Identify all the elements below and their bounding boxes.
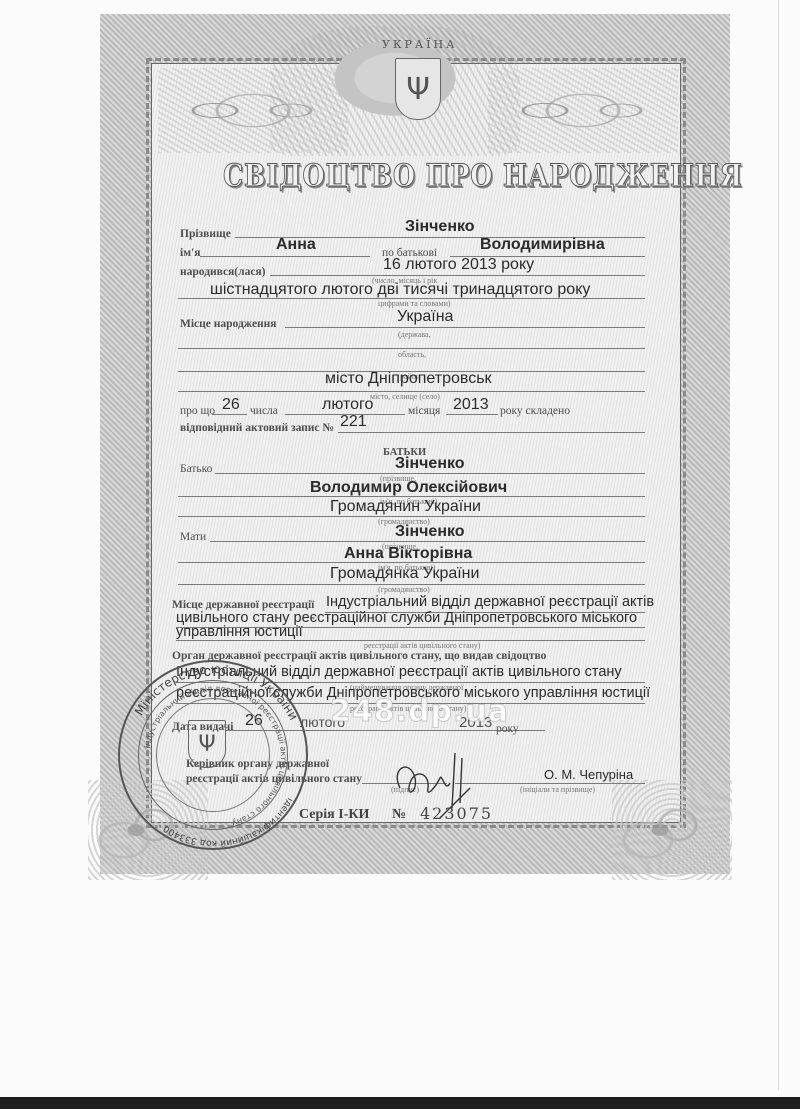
mother-surname: Зінченко [395,523,465,541]
registration-place-caption: реєстрації актів цивільного стану) [364,641,480,650]
series-label: Серія І-КИ [299,807,369,823]
name-label: ім'я [180,247,200,259]
scan-fold-line [778,0,779,1090]
birthplace-label: Місце народження [180,318,277,330]
mother-surname-line [210,541,645,542]
birthplace-line [285,327,645,328]
mother-citizenship-caption: (громадянство) [378,585,430,594]
name-line [200,256,370,257]
document-title: СВІДОЦТВО ПРО НАРОДЖЕННЯ [223,158,543,194]
record-year-line [446,414,498,415]
child-name: Анна [276,236,316,254]
child-patronymic: Володимирівна [480,236,605,254]
birth-date-line [270,275,645,276]
record-month: лютого [322,396,373,414]
country-caption: (держава, [398,330,431,339]
father-surname-line [215,473,645,474]
head-name-caption: (ініціали та прізвище) [520,785,595,794]
stamp-trident-icon: Ψ [188,720,226,768]
father-label: Батько [180,463,212,475]
mother-label: Мати [180,531,206,543]
father-name: Володимир Олексійович [310,479,507,497]
record-year: 2013 [453,396,489,414]
record-day-label: числа [250,405,278,417]
record-day: 26 [222,396,240,414]
city-caption: місто, селище (село) [370,392,440,401]
birthplace-country: Україна [397,308,453,326]
act-number-line [338,432,645,433]
head-name: О. М. Чепуріна [544,767,633,782]
birth-date: 16 лютого 2013 року [383,256,534,274]
region-caption: область, [398,350,426,359]
birthplace-city: місто Дніпропетровськ [325,370,492,388]
birth-date-words-caption: цифрами та словами) [378,299,451,308]
child-surname: Зінченко [405,218,475,236]
born-label: народився(лася) [180,266,266,278]
corner-ornament-icon [612,780,732,880]
issuer-label: Орган державної реєстрації актів цивільн… [172,650,546,662]
registration-place-line3: управління юстиції [176,624,303,640]
mother-name: Анна Вікторівна [344,545,472,563]
country-label: УКРАЇНА [382,38,457,51]
registration-place-line1: Індустріальний відділ державної реєстрац… [326,594,654,610]
record-month-label: місяця [408,405,440,417]
father-surname: Зінченко [395,455,465,473]
serial-number: 423075 [420,804,493,823]
record-year-label: року складено [500,405,570,417]
father-citizenship: Громадянин України [330,498,481,516]
record-prefix: про що [180,405,215,417]
act-number-label: відповідний актовий запис № [180,422,334,434]
surname-label: Прізвище [180,228,231,240]
act-number: 221 [340,413,367,431]
watermark: 248.dp.ua [330,694,509,729]
birth-date-words: шістнадцятого лютого дві тисячі тринадця… [210,281,590,299]
region-line [178,348,645,349]
trident-coat-of-arms-icon: Ψ [395,58,441,120]
scan-edge [0,1097,800,1109]
mother-citizenship: Громадянка України [330,565,479,583]
svg-text:ідентифікаційний код 333400: ідентифікаційний код 333400 [162,796,295,848]
number-sign: № [392,807,406,823]
record-day-line [212,414,247,415]
